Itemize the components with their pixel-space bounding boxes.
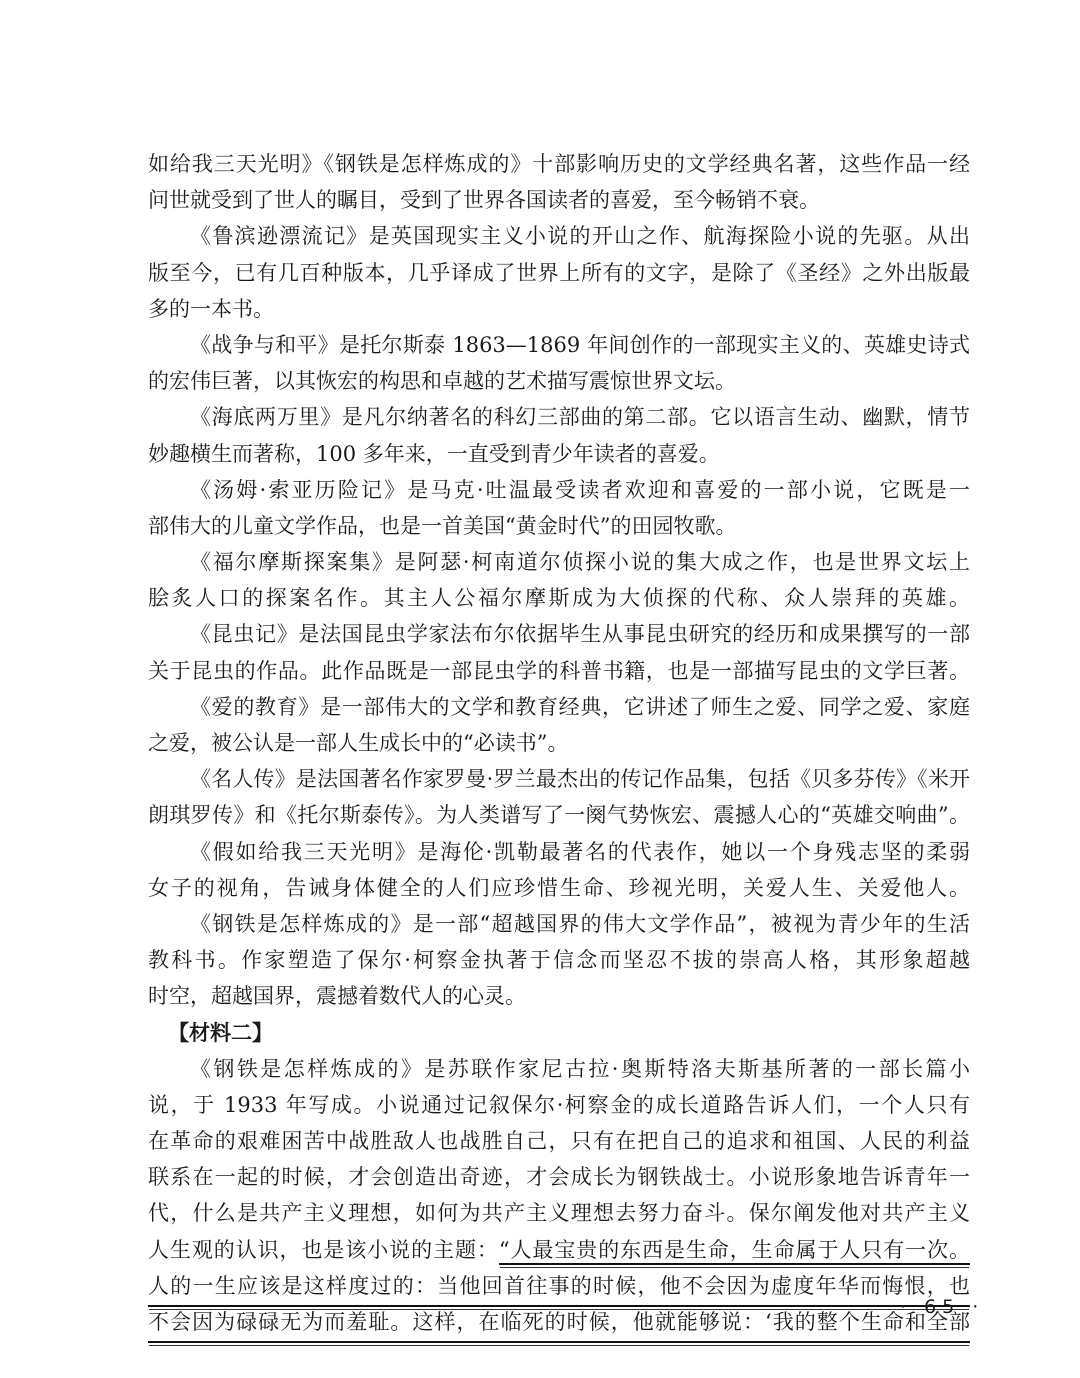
text-line: 之爱，被公认是一部人生成长中的“必读书”。 — [148, 725, 970, 761]
text-line: 人生观的认识，也是该小说的主题：“人最宝贵的东西是生命，生命属于人只有一次。 — [148, 1232, 970, 1268]
underlined-quote: “人最宝贵的东西是生命，生命属于人只有一次。 — [499, 1238, 970, 1265]
paragraph-robinson-crusoe: 《鲁滨逊漂流记》是英国现实主义小说的开山之作、航海探险小说的先驱。从出 — [148, 218, 970, 254]
text-line: 教科书。作家塑造了保尔·柯察金执著于信念而坚忍不拔的崇高人格，其形象超越 — [148, 942, 970, 978]
section-heading: 【材料二】 — [148, 1015, 970, 1051]
text-line: 代，什么是共产主义理想，如何为共产主义理想去努力奋斗。保尔阐发他对共产主义 — [148, 1195, 970, 1231]
text-line: 多的一本书。 — [148, 291, 970, 327]
paragraph-three-days-to-see: 《假如给我三天光明》是海伦·凯勒最著名的代表作，她以一个身残志坚的柔弱 — [148, 834, 970, 870]
text-line: 部伟大的儿童文学作品，也是一首美国“黄金时代”的田园牧歌。 — [148, 508, 970, 544]
paragraph-tom-sawyer: 《汤姆·索亚历险记》是马克·吐温最受读者欢迎和喜爱的一部小说，它既是一 — [148, 472, 970, 508]
text-line: 不会因为碌碌无为而羞耻。这样，在临死的时候，他就能够说：‘我的整个生命和全部 — [148, 1304, 970, 1340]
textbook-page: 如给我三天光明》《钢铁是怎样炼成的》十部影响历史的文学经典名著，这些作品一经 问… — [148, 146, 970, 1340]
underlined-quote: 人的一生应该是这样度过的：当他回首往事的时候，他不会因为虚度年华而悔恨，也 — [148, 1268, 970, 1307]
text-line: 说，于 1933 年写成。小说通过记叙保尔·柯察金的成长道路告诉人们，一个人只有 — [148, 1087, 970, 1123]
text-line: 人的一生应该是这样度过的：当他回首往事的时候，他不会因为虚度年华而悔恨，也 — [148, 1268, 970, 1304]
text-line: 联系在一起的时候，才会创造出奇迹，才会成长为钢铁战士。小说形象地告诉青年一 — [148, 1159, 970, 1195]
text-line: 女子的视角，告诫身体健全的人们应珍惜生命、珍视光明，关爱人生、关爱他人。 — [148, 870, 970, 906]
text-line: 的宏伟巨著，以其恢宏的构思和卓越的艺术描写震惊世界文坛。 — [148, 363, 970, 399]
material-one-section: 如给我三天光明》《钢铁是怎样炼成的》十部影响历史的文学经典名著，这些作品一经 问… — [148, 146, 970, 1015]
paragraph-war-and-peace: 《战争与和平》是托尔斯泰 1863—1869 年间创作的一部现实主义的、英雄史诗… — [148, 327, 970, 363]
paragraph-steel-intro: 《钢铁是怎样炼成的》是苏联作家尼古拉·奥斯特洛夫斯基所著的一部长篇小 — [148, 1051, 970, 1087]
paragraph-heart: 《爱的教育》是一部伟大的文学和教育经典，它讲述了师生之爱、同学之爱、家庭 — [148, 689, 970, 725]
paragraph-sherlock-holmes: 《福尔摩斯探案集》是阿瑟·柯南道尔侦探小说的集大成之作，也是世界文坛上 — [148, 544, 970, 580]
page-number: · 65 · — [900, 1296, 984, 1318]
material-two-section: 【材料二】 《钢铁是怎样炼成的》是苏联作家尼古拉·奥斯特洛夫斯基所著的一部长篇小… — [148, 1015, 970, 1341]
plain-text: 人生观的认识，也是该小说的主题： — [148, 1238, 499, 1262]
text-line: 脍炙人口的探案名作。其主人公福尔摩斯成为大侦探的代称、众人崇拜的英雄。 — [148, 580, 970, 616]
paragraph-how-steel-tempered: 《钢铁是怎样炼成的》是一部“超越国界的伟大文学作品”，被视为青少年的生活 — [148, 906, 970, 942]
text-line: 如给我三天光明》《钢铁是怎样炼成的》十部影响历史的文学经典名著，这些作品一经 — [148, 146, 970, 182]
underlined-quote: 不会因为碌碌无为而羞耻。这样，在临死的时候，他就能够说：‘我的整个生命和全部 — [148, 1304, 970, 1343]
paragraph-insect-record: 《昆虫记》是法国昆虫学家法布尔依据毕生从事昆虫研究的经历和成果撰写的一部 — [148, 616, 970, 652]
text-line: 问世就受到了世人的瞩目，受到了世界各国读者的喜爱，至今畅销不衰。 — [148, 182, 970, 218]
text-line: 时空，超越国界，震撼着数代人的心灵。 — [148, 978, 970, 1014]
text-line: 版至今，已有几百种版本，几乎译成了世界上所有的文字，是除了《圣经》之外出版最 — [148, 255, 970, 291]
text-line: 在革命的艰难困苦中战胜敌人也战胜自己，只有在把自己的追求和祖国、人民的利益 — [148, 1123, 970, 1159]
text-line: 朗琪罗传》和《托尔斯泰传》。为人类谱写了一阕气势恢宏、震撼人心的“英雄交响曲”。 — [148, 797, 970, 833]
text-line: 妙趣横生而著称，100 多年来，一直受到青少年读者的喜爱。 — [148, 436, 970, 472]
text-line: 关于昆虫的作品。此作品既是一部昆虫学的科普书籍，也是一部描写昆虫的文学巨著。 — [148, 653, 970, 689]
paragraph-famous-lives: 《名人传》是法国著名作家罗曼·罗兰最杰出的传记作品集，包括《贝多芬传》《米开 — [148, 761, 970, 797]
paragraph-twenty-thousand-leagues: 《海底两万里》是凡尔纳著名的科幻三部曲的第二部。它以语言生动、幽默，情节 — [148, 399, 970, 435]
